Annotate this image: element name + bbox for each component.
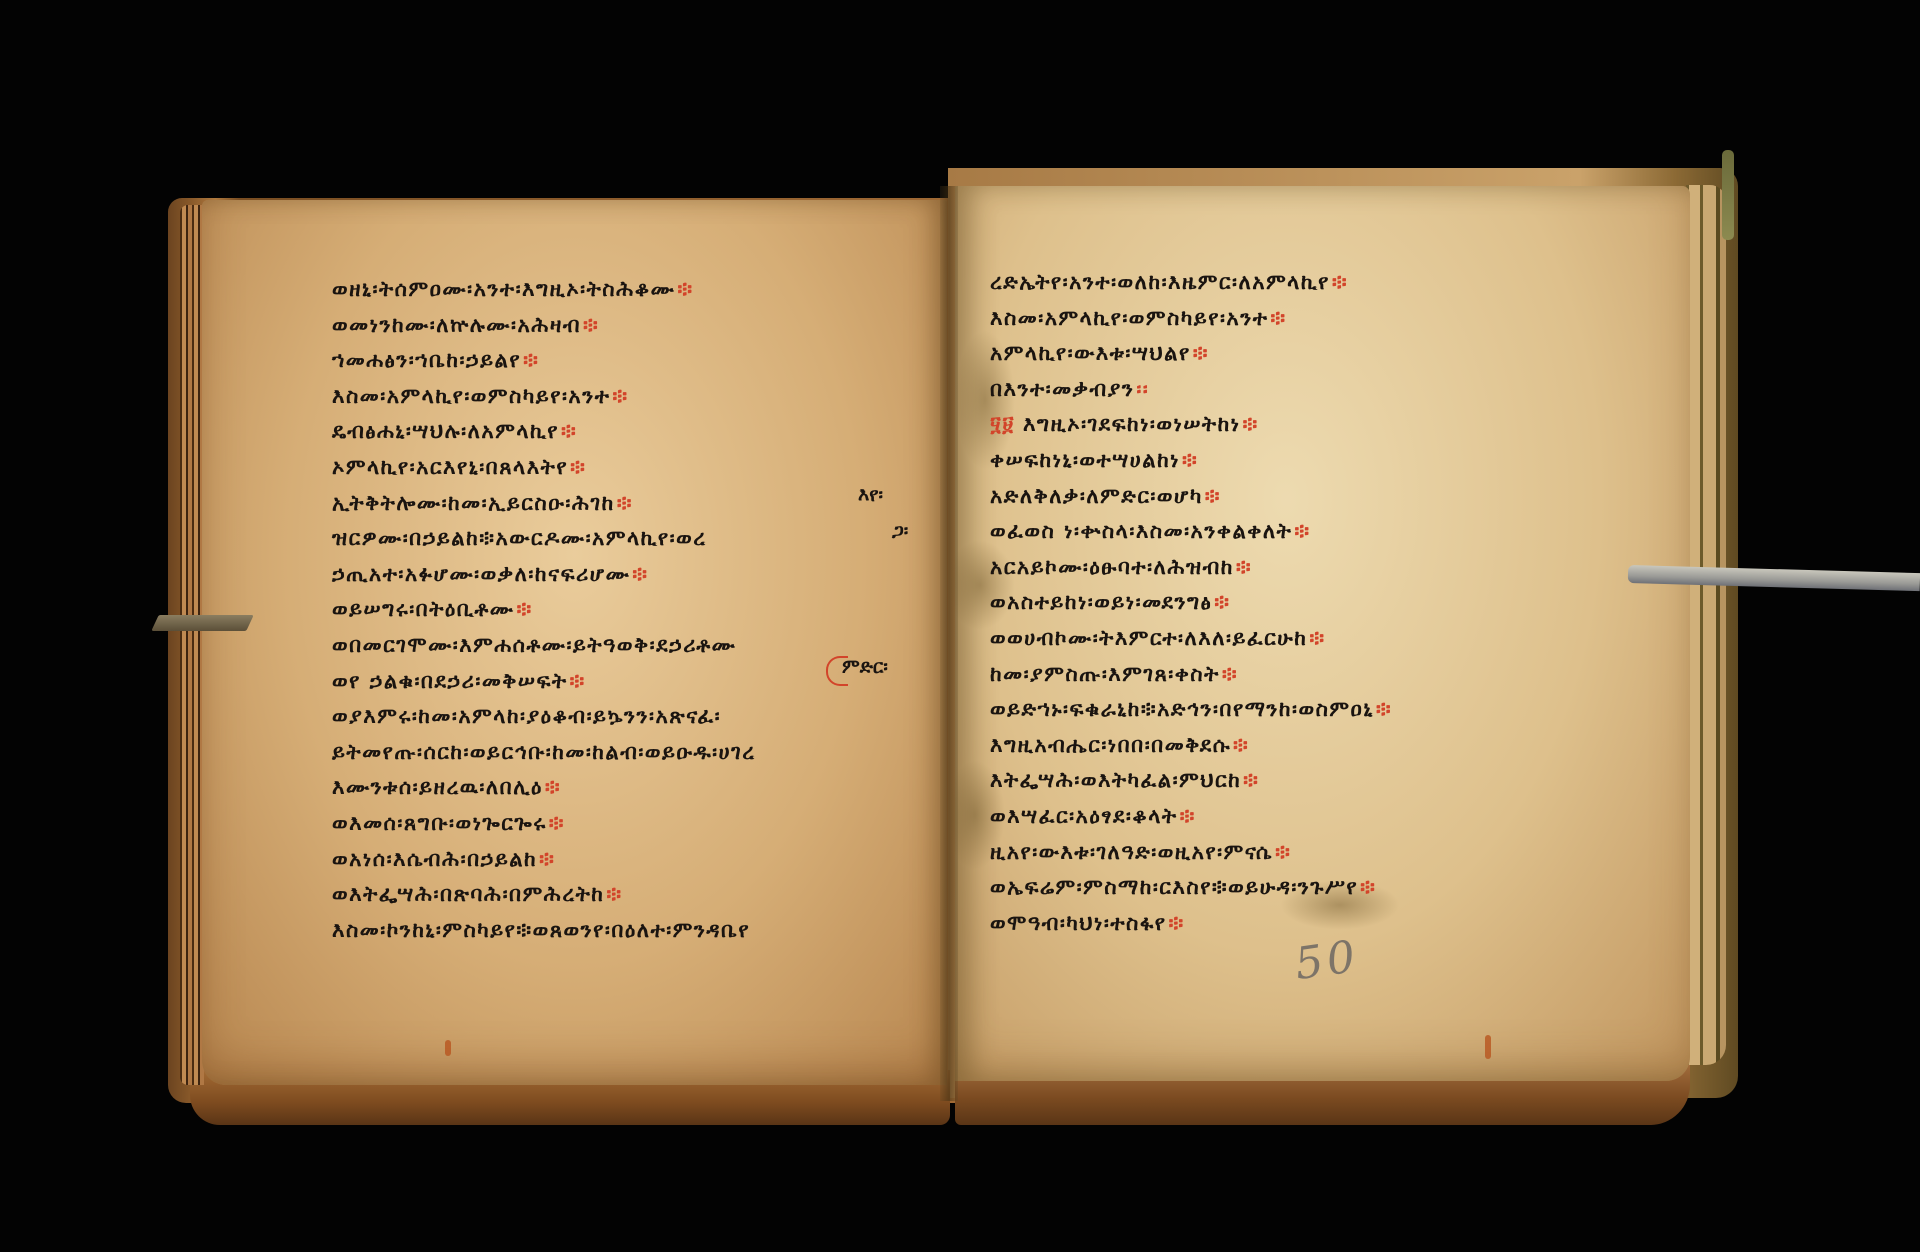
- text-line: ኢትቅትሎሙ፡ከመ፡ኢይርስዑ፡ሕገከ፨: [332, 486, 757, 522]
- margin-note: ምድር፡: [842, 656, 888, 678]
- text-line: ወዘኒ፡ትሰምዐሙ፡አንተ፡እግዚኦ፡ትስሕቆሙ፨: [332, 272, 757, 308]
- text-line: እስመ፡አምላኪየ፡ወምስካይየ፡አንተ፨: [990, 301, 1392, 337]
- text-line: ወኤፍሬም፡ምስማከ፡ርእስየ፨ወይሁዳ፡ንጉሥየ፨: [990, 870, 1392, 906]
- margin-note: እየ፡: [858, 484, 883, 506]
- text-line: ኀመሐፅን፡ኀቤከ፡ኃይልየ፨: [332, 343, 757, 379]
- text-line: ረድኤትየ፡አንተ፡ወለከ፡እዜምር፡ለአምላኪየ፨: [990, 265, 1392, 301]
- text-line: እትፌሣሕ፡ወእትካፈል፡ምህርከ፨: [990, 763, 1392, 799]
- text-line: ቀሠፍከነኒ፡ወተሣሀልከነ፨: [990, 443, 1392, 479]
- text-line: ወእትፌሣሕ፡በጽባሕ፡በምሕረትከ፨: [332, 877, 757, 913]
- text-line: ወፈወስ ነ፡ቍስላ፡እስመ፡አንቀልቀለት፨: [990, 514, 1392, 550]
- text-line: ወያእምሩ፡ከመ፡አምላከ፡ያዕቆብ፡ይኴንን፡አጽናፈ፡: [332, 699, 757, 735]
- text-line: ወእሣፈር፡አዕፃደ፡ቆላት፨: [990, 799, 1392, 835]
- text-line: ኦምላኪየ፡አርእየኒ፡በጸላእትየ፨: [332, 450, 757, 486]
- right-page-text: ረድኤትየ፡አንተ፡ወለከ፡እዜምር፡ለአምላኪየ፨ እስመ፡አምላኪየ፡ወምስ…: [990, 265, 1392, 941]
- text-line: ወየ ኃልቁ፡በደኃሪ፡መቅሠፍት፨: [332, 664, 757, 700]
- right-page-stack-edge: [1686, 185, 1726, 1065]
- text-line: ይትመየጡ፡ሰርከ፡ወይርኅቡ፡ከመ፡ከልብ፡ወይዑዱ፡ሀገረ: [332, 735, 757, 771]
- text-line: ዚአየ፡ውእቱ፡ገለዓድ፡ወዚአየ፡ምናሴ፨: [990, 835, 1392, 871]
- psalm-number: ፶፱: [990, 412, 1015, 436]
- text-line: አድለቅለቃ፡ለምድር፡ወሆካ፨: [990, 479, 1392, 515]
- text-line: ወእመሰ፡ጸግቡ፡ወነጐርጐሩ፨: [332, 806, 757, 842]
- left-page-stack-edge: [180, 205, 204, 1085]
- text-line: ወበመርገሞሙ፡እምሐሰቶሙ፡ይትዓወቅ፡ደኃሪቶሙ: [332, 628, 757, 664]
- text-line: እሙንቱሰ፡ይዘረዉ፡ለበሊዕ፨: [332, 770, 757, 806]
- text-line: አርአይኮሙ፡ዕፁባተ፡ለሕዝብከ፨: [990, 550, 1392, 586]
- text-line: ዴብፅሐኒ፡ሣህሉ፡ለአምላኪየ፨: [332, 414, 757, 450]
- text-line: ፶፱እግዚኦ፡ገደፍከነ፡ወነሠትከነ፨: [990, 407, 1392, 443]
- text-line: ወመነንከሙ፡ለኵሉሙ፡አሕዛብ፨: [332, 308, 757, 344]
- rubric-heading: በእንተ፡መቃብያን፡፡: [990, 372, 1392, 408]
- pencil-page-number: 50: [1292, 931, 1362, 990]
- text-line: እግዚአብሔር፡ነበበ፡በመቅደሱ፨: [990, 728, 1392, 764]
- binding-string: [1722, 150, 1734, 240]
- text-line: ወይሠግሩ፡በትዕቢቶሙ፨: [332, 592, 757, 628]
- text-line: ከመ፡ያምስጡ፡እምገጸ፡ቀስት፨: [990, 657, 1392, 693]
- text-line: ወአነሰ፡እሴብሕ፡በኃይልከ፨: [332, 842, 757, 878]
- text-line: እስመ፡ኮንከኒ፡ምስካይየ፨ወጸወንየ፡በዕለተ፡ምንዳቤየ: [332, 913, 757, 949]
- left-page-text: ወዘኒ፡ትሰምዐሙ፡አንተ፡እግዚኦ፡ትስሕቆሙ፨ ወመነንከሙ፡ለኵሉሙ፡አሕ…: [332, 272, 757, 948]
- text-line: ኃጢአተ፡አፉሆሙ፡ወቃለ፡ከናፍሪሆሙ፨: [332, 557, 757, 593]
- gutter: [940, 186, 958, 1101]
- text-line: እስመ፡አምላኪየ፡ወምስካይየ፡አንተ፨: [332, 379, 757, 415]
- margin-note: ጋ፡: [892, 520, 908, 542]
- text-line: አምላኪየ፡ውእቱ፡ሣህልየ፨: [990, 336, 1392, 372]
- text-line: ዝርዎሙ፡በኃይልከ፨አውርዶሙ፡አምላኪየ፡ወረ: [332, 521, 757, 557]
- manuscript-book: ወዘኒ፡ትሰምዐሙ፡አንተ፡እግዚኦ፡ትስሕቆሙ፨ ወመነንከሙ፡ለኵሉሙ፡አሕ…: [0, 0, 1920, 1252]
- text-line: ወወሀብኮሙ፡ትእምርተ፡ለእለ፡ይፈርሁከ፨: [990, 621, 1392, 657]
- left-bookmark-strip: [151, 615, 253, 631]
- red-speck: [445, 1040, 451, 1056]
- red-speck: [1485, 1035, 1491, 1059]
- text-line: ወአስተይከነ፡ወይነ፡መደንግፅ፨: [990, 585, 1392, 621]
- text-line: ወይድኀኑ፡ፍቁራኒከ፨አድኅን፡በየማንከ፡ወስምዐኒ፨: [990, 692, 1392, 728]
